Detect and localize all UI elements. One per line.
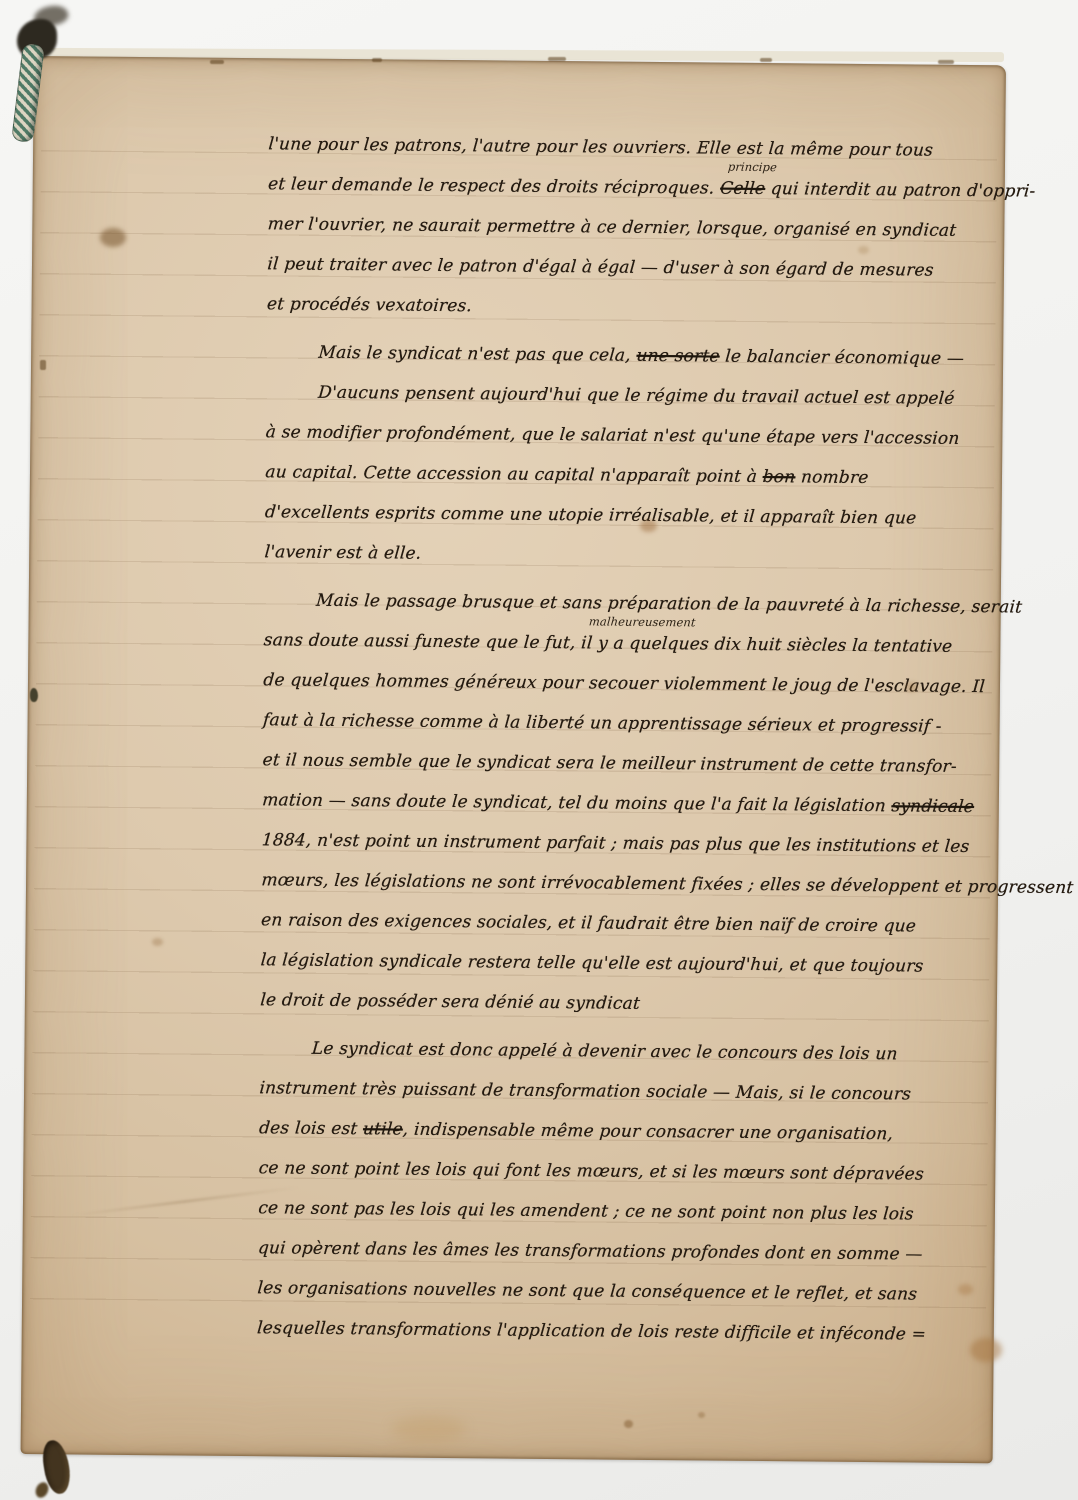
text-segment: Mais le passage brusque et sans préparat… — [315, 591, 1023, 618]
edge-speck — [372, 58, 382, 62]
interline-insertion: principe — [727, 162, 777, 173]
interline-insertion: malheureusement — [588, 616, 696, 628]
manuscript-line: il peut traiter avec le patron d'égal à … — [266, 244, 1014, 291]
edge-spot — [30, 688, 38, 702]
text-segment: mœurs, les législations ne sont irrévoca… — [261, 870, 1075, 898]
manuscript-line: mœurs, les législations ne sont irrévoca… — [260, 860, 1008, 907]
text-segment: en raison des exigences sociales, et il … — [260, 910, 917, 936]
text-segment: et il nous semble que le syndicat sera l… — [262, 750, 958, 777]
text-segment: ce ne sont point les lois qui font les m… — [258, 1158, 925, 1184]
manuscript-line: ce ne sont pas les lois qui les amendent… — [257, 1188, 1005, 1235]
manuscript-line: au capital. Cette accession au capital n… — [264, 452, 1012, 499]
manuscript-line: 1884, n'est point un instrument parfait … — [260, 820, 1008, 867]
text-segment: mation — sans doute le syndicat, tel du … — [261, 790, 892, 816]
manuscript-line: qui opèrent dans les âmes les transforma… — [256, 1228, 1004, 1275]
manuscript-line: l'avenir est à elle. — [263, 532, 1011, 579]
manuscript-line: les organisations nouvelles ne sont que … — [256, 1268, 1004, 1315]
text-block: l'une pour les patrons, l'autre pour les… — [256, 124, 1013, 1355]
text-segment: nombre — [795, 467, 870, 488]
text-segment: lesquelles transformations l'application… — [256, 1318, 927, 1344]
text-segment: au capital. Cette accession au capital n… — [265, 462, 764, 487]
text-segment: qui interdit au patron d'oppri- — [764, 179, 1036, 202]
text-segment: il peut traiter avec le patron d'égal à … — [267, 254, 935, 280]
edge-speck — [548, 57, 566, 61]
manuscript-page: l'une pour les patrons, l'autre pour les… — [21, 56, 1006, 1463]
text-segment: D'aucuns pensent aujourd'hui que le régi… — [317, 383, 955, 409]
edge-speck — [760, 58, 772, 62]
struck-word: bon — [762, 467, 796, 487]
text-segment: l'une pour les patrons, l'autre pour les… — [268, 134, 934, 160]
text-segment: 1884, n'est point un instrument parfait … — [261, 830, 970, 857]
text-segment: le balancier économique — — [719, 347, 965, 369]
struck-word: utile — [362, 1119, 403, 1139]
manuscript-line: mer l'ouvrier, ne saurait permettre à ce… — [266, 204, 1014, 251]
struck-word: une sorte — [636, 346, 721, 367]
text-segment: mer l'ouvrier, ne saurait permettre à ce… — [267, 214, 957, 241]
text-segment: instrument très puissant de transformati… — [259, 1078, 912, 1104]
text-segment: d'excellents esprits comme une utopie ir… — [264, 502, 917, 528]
text-segment: Mais le syndicat n'est pas que cela, — [318, 343, 638, 366]
text-segment: ce ne sont pas les lois qui les amendent… — [258, 1198, 915, 1224]
text-segment: Le syndicat est donc appelé à devenir av… — [311, 1039, 898, 1065]
manuscript-line: l'une pour les patrons, l'autre pour les… — [267, 124, 1015, 171]
edge-speck — [210, 60, 224, 64]
text-segment: et leur demande le respect des droits ré… — [267, 174, 721, 198]
manuscript-line: et il nous semble que le syndicat sera l… — [261, 740, 1009, 787]
text-segment: il y a quelques dix huit siècles la tent… — [580, 633, 953, 657]
text-segment: la législation syndicale restera telle q… — [260, 950, 924, 976]
manuscript-line: mation — sans doute le syndicat, tel du … — [261, 780, 1009, 827]
text-segment: , indispensable même pour consacrer une … — [402, 1120, 894, 1145]
text-segment: le droit de posséder sera dénié au syndi… — [260, 990, 641, 1014]
text-segment: qui opèrent dans les âmes les transforma… — [257, 1238, 923, 1264]
text-segment: sans doute aussi funeste que le fut, — [263, 630, 582, 653]
manuscript-line: à se modifier profondément, que le salar… — [264, 412, 1012, 459]
manuscript-line: et leur demande le respect des droits ré… — [267, 164, 1015, 211]
edge-speck — [938, 60, 954, 64]
struck-word: Celleprincipe — [719, 179, 766, 199]
manuscript-line: des lois est utile, indispensable même p… — [258, 1108, 1006, 1155]
scanned-manuscript: l'une pour les patrons, l'autre pour les… — [0, 0, 1078, 1500]
manuscript-line: le droit de posséder sera dénié au syndi… — [259, 980, 1007, 1027]
text-segment: les organisations nouvelles ne sont que … — [257, 1278, 918, 1304]
manuscript-line: lesquelles transformations l'application… — [256, 1308, 1004, 1355]
manuscript-line: d'excellents esprits comme une utopie ir… — [263, 492, 1011, 539]
text-segment: faut à la richesse comme à la liberté un… — [262, 710, 942, 737]
text-segment: de quelques hommes généreux pour secouer… — [263, 670, 986, 697]
edge-speck — [40, 360, 46, 370]
text-segment: à se modifier profondément, que le salar… — [265, 422, 960, 449]
manuscript-line: instrument très puissant de transformati… — [258, 1068, 1006, 1115]
struck-word: syndicale — [891, 796, 975, 817]
text-segment: des lois est — [258, 1118, 364, 1139]
text-segment: l'avenir est à elle. — [264, 542, 422, 563]
manuscript-line: en raison des exigences sociales, et il … — [260, 900, 1008, 947]
text-segment: et procédés vexatoires. — [266, 294, 473, 316]
manuscript-line: et procédés vexatoires. — [265, 284, 1013, 331]
manuscript-line: ce ne sont point les lois qui font les m… — [257, 1148, 1005, 1195]
